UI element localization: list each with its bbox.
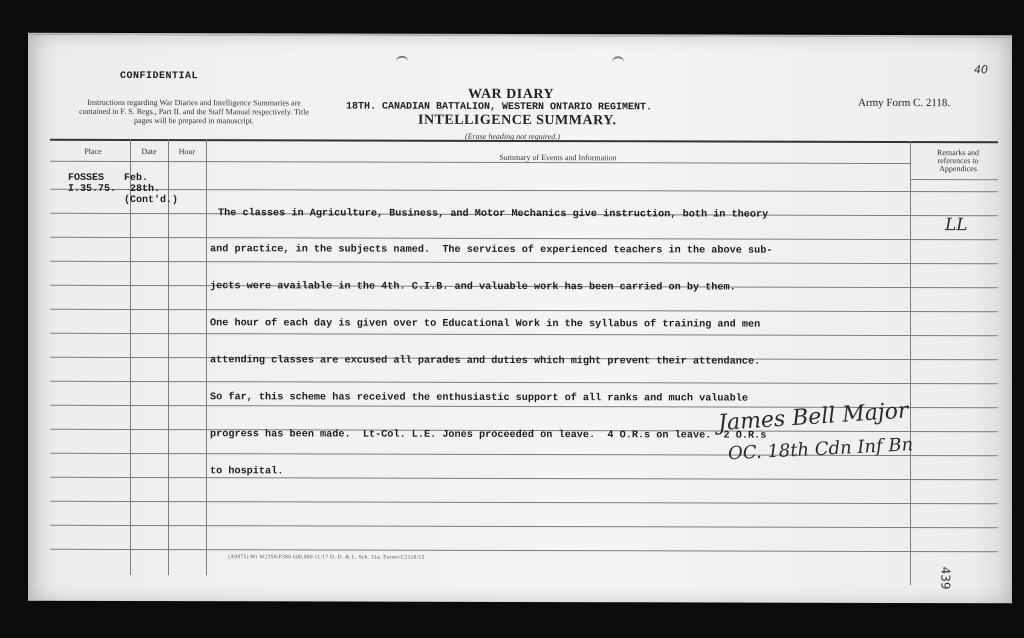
table-top-border [50,139,998,143]
header-hour: Hour [170,147,204,156]
col-divider-summary-remarks [910,141,911,585]
header-remarks: Remarks and references to Appendices [928,149,988,173]
header-place: Place [68,147,118,156]
summary-line: jects were available in the 4th. C.I.B. … [210,282,910,296]
remarks-initials: LL [945,215,968,235]
entry-place: FOSSES I.35.75. [68,173,116,195]
punch-hole-right [612,56,624,63]
summary-line: and practice, in the subjects named. The… [210,245,910,259]
ruled-line [50,525,998,528]
header-summary: Summary of Events and Information [408,153,708,163]
place-map-reference: I.35.75. [68,184,116,195]
instructions-text: Instructions regarding War Diaries and I… [74,98,314,126]
summary-line: The classes in Agriculture, Business, an… [210,208,910,222]
ruled-line [50,549,998,552]
war-diary-page: 40 CONFIDENTIAL Instructions regarding W… [28,33,1012,604]
punch-hole-left [396,56,408,63]
page-number-bottom: 439 [938,567,952,590]
classification-label: CONFIDENTIAL [120,71,198,82]
place-name: FOSSES [68,173,116,184]
entry-date: Feb. 28th. (Cont'd.) [124,173,178,206]
page-number-top: 40 [974,63,988,76]
signature-name: James Bell Major [717,398,909,436]
date-day: 28th. [124,184,178,195]
signature-block: James Bell Major OC. 18th Cdn Inf Bn [658,404,998,485]
header-date: Date [132,147,166,156]
form-number: Army Form C. 2118. [858,97,950,109]
signature-title: OC. 18th Cdn Inf Bn [728,434,914,464]
summary-line: attending classes are excused all parade… [210,355,910,369]
unit-name: 18TH. CANADIAN BATTALION, WESTERN ONTARI… [346,102,652,114]
summary-line: One hour of each day is given over to Ed… [210,318,910,332]
printer-imprint: (A9075) Wt W2358/P380 600,000 11/17 D. D… [228,554,425,561]
date-month: Feb. [124,173,178,184]
date-continued: (Cont'd.) [124,195,178,206]
document-title: WAR DIARY [468,87,554,103]
remarks-header-rule [910,179,998,180]
document-subtitle: INTELLIGENCE SUMMARY. [418,113,617,130]
